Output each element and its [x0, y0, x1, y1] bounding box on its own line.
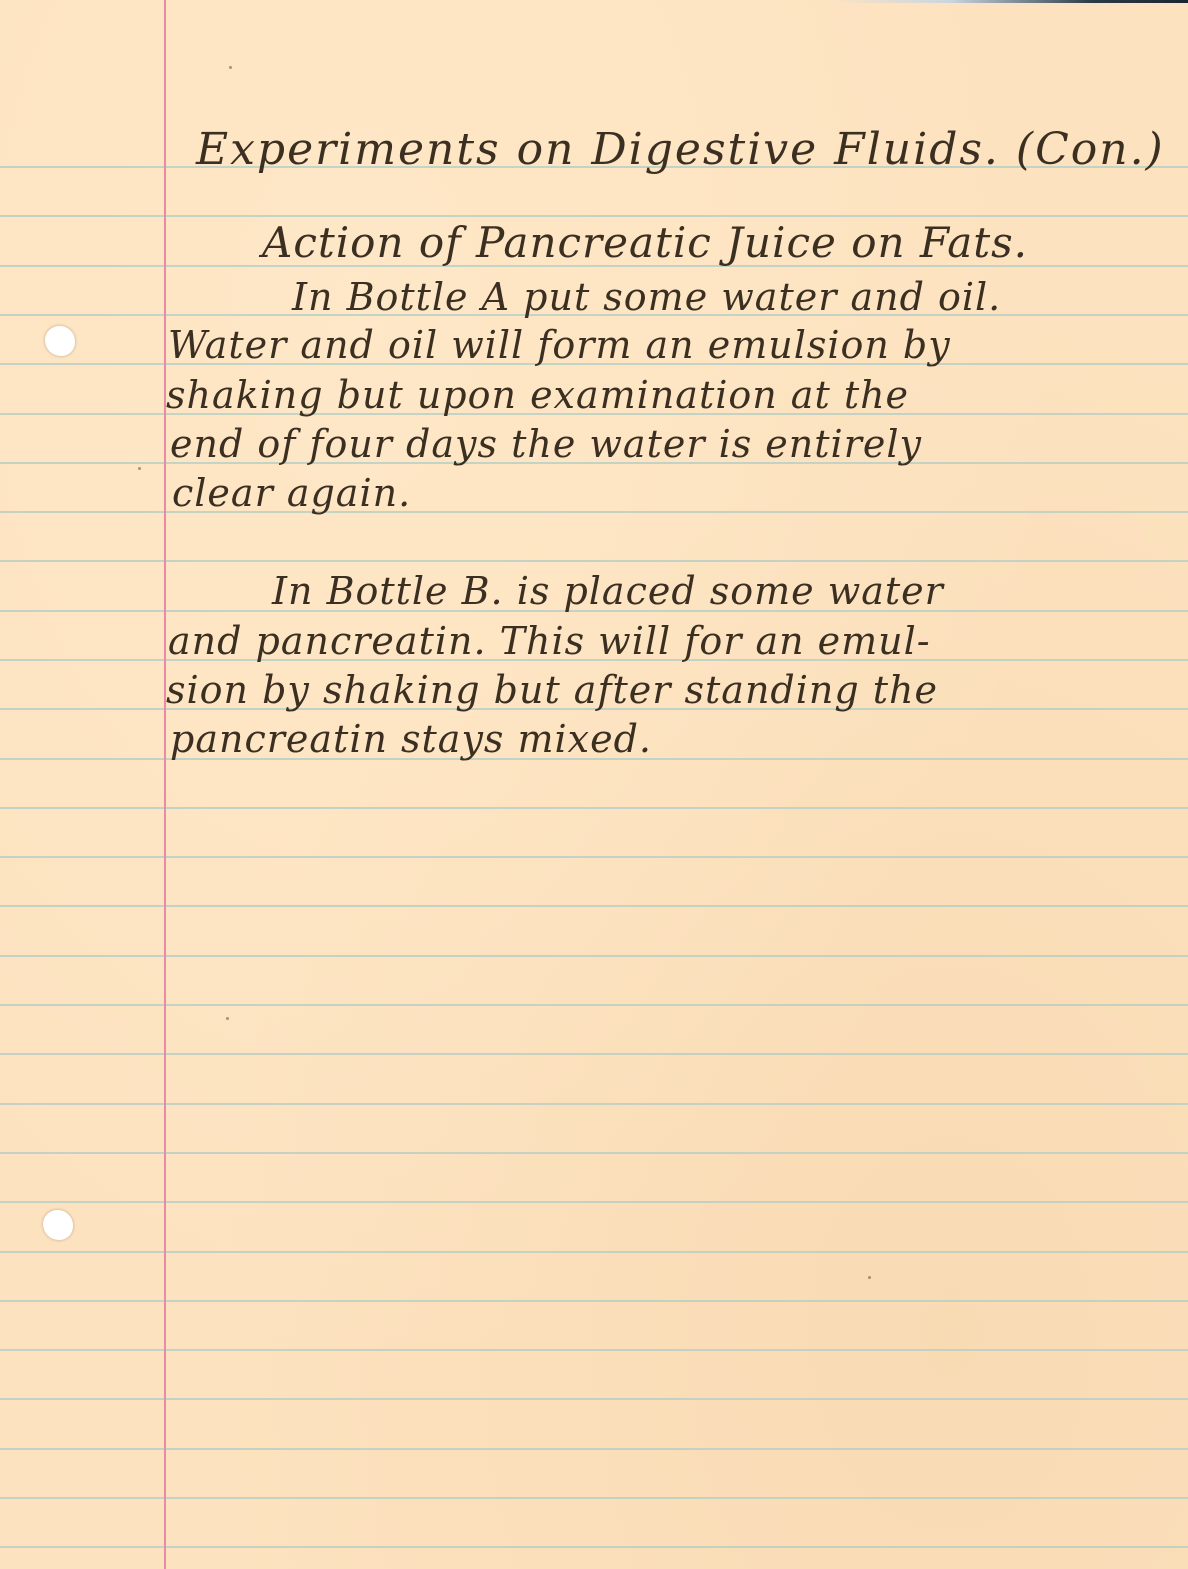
- punch-hole-top: [45, 326, 75, 356]
- rule-line: [0, 1497, 1188, 1499]
- rule-line: [0, 1448, 1188, 1450]
- page-title: Experiments on Digestive Fluids. (Con.): [196, 128, 1165, 172]
- punch-hole-bottom: [43, 1210, 73, 1240]
- rule-line: [0, 905, 1188, 907]
- rule-line: [0, 856, 1188, 858]
- rule-line: [0, 1398, 1188, 1400]
- rule-line: [0, 1300, 1188, 1302]
- rule-line: [0, 1201, 1188, 1203]
- margin-line: [164, 0, 166, 1569]
- paragraph-1-line-5: clear again.: [172, 474, 411, 512]
- notebook-page: Experiments on Digestive Fluids. (Con.) …: [0, 0, 1188, 1569]
- paragraph-1-line-2: Water and oil will form an emulsion by: [168, 326, 951, 364]
- paragraph-2-line-2: and pancreatin. This will for an emul-: [168, 622, 931, 660]
- rule-line: [0, 1152, 1188, 1154]
- paragraph-2-line-1: In Bottle B. is placed some water: [272, 572, 944, 610]
- rule-line: [0, 560, 1188, 562]
- paper-speck: [868, 1276, 871, 1279]
- rule-line: [0, 1053, 1188, 1055]
- paper-speck: [226, 1017, 229, 1020]
- rule-line: [0, 1103, 1188, 1105]
- paper-speck: [138, 467, 141, 470]
- rule-line: [0, 955, 1188, 957]
- rule-line: [0, 1251, 1188, 1253]
- section-heading: Action of Pancreatic Juice on Fats.: [262, 222, 1028, 264]
- rule-line: [0, 807, 1188, 809]
- paragraph-1-line-1: In Bottle A put some water and oil.: [292, 278, 1001, 316]
- paragraph-2-line-4: pancreatin stays mixed.: [170, 720, 652, 758]
- rule-line: [0, 1546, 1188, 1548]
- rule-line: [0, 1349, 1188, 1351]
- paragraph-1-line-4: end of four days the water is entirely: [170, 425, 922, 463]
- paragraph-2-line-3: sion by shaking but after standing the: [166, 671, 938, 709]
- paper-speck: [229, 66, 232, 69]
- rule-line: [0, 215, 1188, 217]
- paragraph-1-line-3: shaking but upon examination at the: [166, 376, 909, 414]
- scan-top-edge: [0, 0, 1188, 3]
- rule-line: [0, 1004, 1188, 1006]
